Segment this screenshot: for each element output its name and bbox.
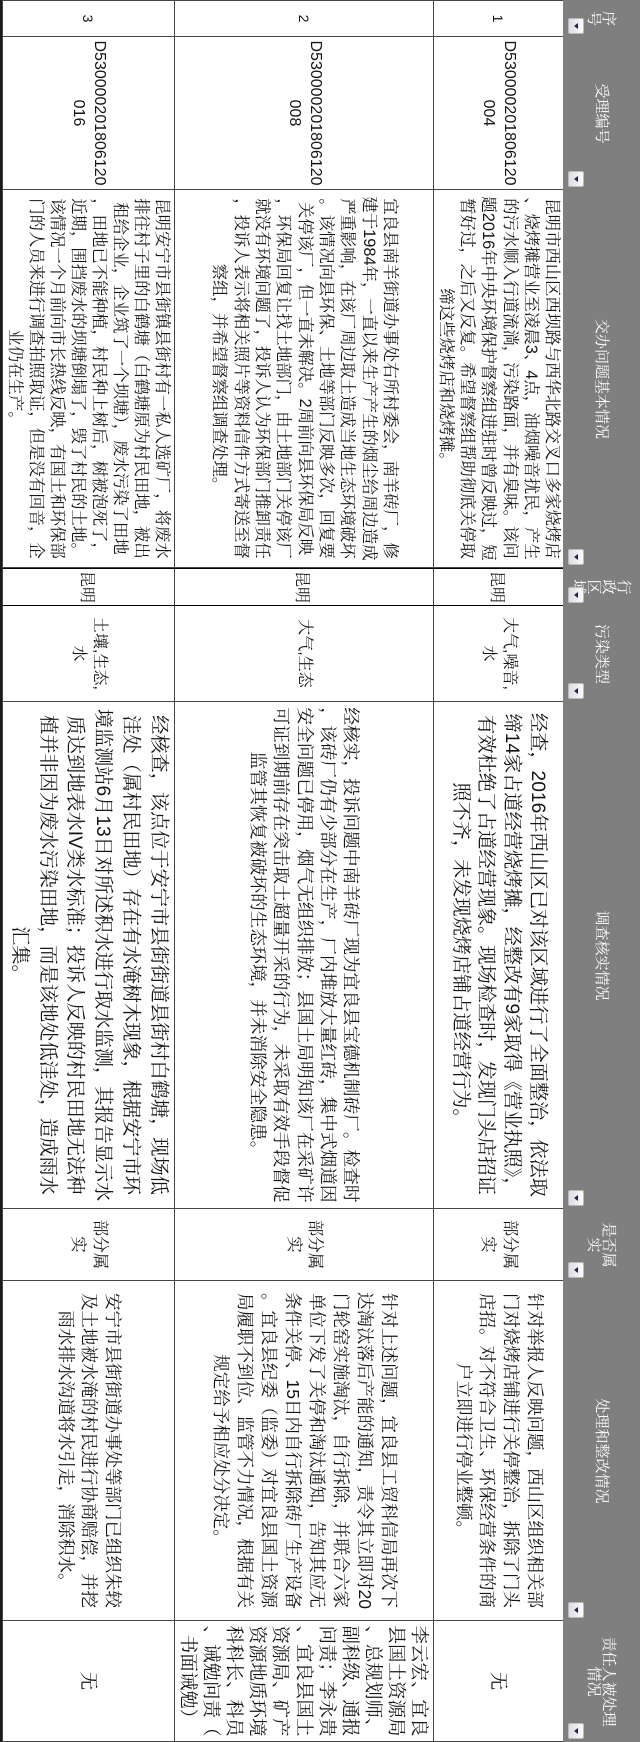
cell-text: 昆明市西山区西坝路与西华北路交叉口多家烧烤店、烧烤摊营业至凌晨3、4点，油烟噪音… [435, 195, 563, 562]
cell-text: 3 [81, 15, 97, 23]
cell-text: 经查，2016年西山区已对该区域进行了全面整治，依法取缔14家占道经营烧烤摊，经… [447, 707, 551, 1203]
cell-district[interactable]: 昆明 [433, 568, 563, 606]
dropdown-arrow-icon [574, 592, 578, 598]
column-header-label: 处理和整改情况 [594, 1398, 609, 1503]
cell-text: D530000201806120004 [478, 39, 520, 187]
cell-text: 昆明 [77, 571, 100, 603]
filter-dropdown-button[interactable] [568, 1602, 584, 1618]
filter-dropdown-button[interactable] [568, 549, 584, 565]
cell-text: 安宁市县街街道办事处等部门已组织朱较及土地被水淹的村民进行协商赔偿，并挖雨水排水… [53, 1289, 125, 1612]
cell-case-no[interactable]: D530000201806120004 [433, 37, 563, 190]
column-header-investigation[interactable]: 调查核实情况 [563, 702, 640, 1209]
filter-dropdown-button[interactable] [568, 683, 584, 699]
cell-investigation[interactable]: 经核查，该点位于安宁市县街街道县街村白鹤塘，现场低洼处（属村民田地）存在有水淹树… [2, 702, 174, 1209]
cell-text: 无 [77, 1672, 100, 1691]
column-header-label: 污染类型 [594, 624, 609, 684]
cell-text: 昆明安宁市县街镇县街村有一私人选矿厂，将废水排往村子里的白鹤塘（白鹤塘原为村民田… [5, 195, 173, 562]
dropdown-arrow-icon [574, 23, 578, 29]
column-header-label: 受理编号 [594, 83, 609, 143]
cell-text: 大气,生态 [294, 619, 315, 687]
column-header-seq[interactable]: 序号 [563, 0, 640, 37]
cell-verified[interactable]: 部分属实 [2, 1209, 174, 1281]
cell-pollution-type[interactable]: 土壤,生态,水 [2, 606, 174, 702]
cell-text: 针对举报人反映问题，西山区组织相关部门对烧烤店铺进行关停整治，拆除了门头店招。对… [451, 1289, 547, 1612]
cell-text: 部分属实 [477, 1214, 520, 1275]
cell-text: 宜良县南羊街道办事处右所村委会，南羊砖厂，修建于1984年，一直以来生产产生的烟… [208, 195, 400, 562]
cell-pollution-type[interactable]: 大气,生态 [174, 606, 433, 702]
cell-seq[interactable]: 1 [433, 0, 563, 37]
cell-text: 大气,噪音,水 [478, 610, 520, 697]
cell-text: 经核实，投诉问题中南羊砖厂现为宜良县宝德机制砖厂。检查时，该砖厂仍有少部分在生产… [246, 707, 363, 1203]
cell-text: 经核查，该点位于安宁市县街街道县街村白鹤塘，现场低洼处（属村民田地）存在有水淹树… [5, 707, 172, 1203]
cell-text: 土壤,生态,水 [68, 610, 110, 697]
filter-dropdown-button[interactable] [568, 1723, 584, 1739]
cell-text: 2 [296, 15, 312, 23]
column-header-handling[interactable]: 处理和整改情况 [563, 1281, 640, 1621]
cell-accountability[interactable]: 李云宏、宜良县国土资源局、总规划师、副科级、通报问责；李永贵、宜良县国土资源局、… [174, 1621, 433, 1742]
cell-investigation[interactable]: 经查，2016年西山区已对该区域进行了全面整治，依法取缔14家占道经营烧烤摊，经… [433, 702, 563, 1209]
cell-text: 部分属实 [67, 1214, 110, 1275]
cell-verified[interactable]: 部分属实 [174, 1209, 433, 1281]
cell-accountability[interactable]: 无 [2, 1621, 174, 1742]
filter-dropdown-button[interactable] [568, 1190, 584, 1206]
cell-district[interactable]: 昆明 [174, 568, 433, 606]
filter-dropdown-button[interactable] [568, 18, 584, 34]
cell-pollution-type[interactable]: 大气,噪音,水 [433, 606, 563, 702]
cell-case-no[interactable]: D530000201806120008 [174, 37, 433, 190]
dropdown-arrow-icon [574, 554, 578, 560]
cell-text: 李云宏、宜良县国土资源局、总规划师、副科级、通报问责；李永贵、宜良县国土资源局、… [177, 1624, 431, 1738]
column-header-pollution-type[interactable]: 污染类型 [563, 606, 640, 702]
cell-case-no[interactable]: D530000201806120016 [2, 37, 174, 190]
cell-issue[interactable]: 昆明安宁市县街镇县街村有一私人选矿厂，将废水排往村子里的白鹤塘（白鹤塘原为村民田… [2, 190, 174, 568]
cell-investigation[interactable]: 经核实，投诉问题中南羊砖厂现为宜良县宝德机制砖厂。检查时，该砖厂仍有少部分在生产… [174, 702, 433, 1209]
column-header-label: 交办问题基本情况 [594, 319, 609, 439]
column-header-issue[interactable]: 交办问题基本情况 [563, 190, 640, 568]
filter-dropdown-button[interactable] [568, 1262, 584, 1278]
cell-district[interactable]: 昆明 [2, 568, 174, 606]
column-header-district[interactable]: 行政区域 [563, 568, 640, 606]
cell-text: D530000201806120016 [68, 39, 110, 187]
dropdown-arrow-icon [574, 1195, 578, 1201]
dropdown-arrow-icon [574, 1728, 578, 1734]
cell-seq[interactable]: 2 [174, 0, 433, 37]
cell-issue[interactable]: 昆明市西山区西坝路与西华北路交叉口多家烧烤店、烧烤摊营业至凌晨3、4点，油烟噪音… [433, 190, 563, 568]
filter-dropdown-button[interactable] [568, 587, 584, 603]
cell-text: 部分属实 [283, 1214, 326, 1275]
dropdown-arrow-icon [574, 176, 578, 182]
column-header-case-no[interactable]: 受理编号 [563, 37, 640, 190]
cell-issue[interactable]: 宜良县南羊街道办事处右所村委会，南羊砖厂，修建于1984年，一直以来生产产生的烟… [174, 190, 433, 568]
cell-verified[interactable]: 部分属实 [433, 1209, 563, 1281]
column-header-label: 调查核实情况 [594, 910, 609, 1000]
spreadsheet-rotated: 序号 受理编号 交办问题基本情况 行政区域 污染类型 调查核实情况 [0, 0, 640, 1742]
cell-handling[interactable]: 安宁市县街街道办事处等部门已组织朱较及土地被水淹的村民进行协商赔偿，并挖雨水排水… [2, 1281, 174, 1621]
dropdown-arrow-icon [574, 1267, 578, 1273]
dropdown-arrow-icon [574, 1607, 578, 1613]
column-header-label: 序号 [587, 7, 617, 30]
cell-text: 针对上述问题，宜良县工贸科信局再次下达淘汰落后产能的通知，责令其立即对20门轮窑… [208, 1289, 400, 1612]
filter-dropdown-button[interactable] [568, 171, 584, 187]
column-header-verified[interactable]: 是否属实 [563, 1209, 640, 1281]
column-header-accountability[interactable]: 责任人被处理情况 [563, 1621, 640, 1742]
complaint-table: 序号 受理编号 交办问题基本情况 行政区域 污染类型 调查核实情况 [0, 0, 640, 1742]
column-header-label: 是否属实 [587, 1216, 617, 1274]
cell-seq[interactable]: 3 [2, 0, 174, 37]
cell-handling[interactable]: 针对上述问题，宜良县工贸科信局再次下达淘汰落后产能的通知，责令其立即对20门轮窑… [174, 1281, 433, 1621]
cell-text: 1 [491, 15, 507, 23]
cell-handling[interactable]: 针对举报人反映问题，西山区组织相关部门对烧烤店铺进行关停整治，拆除了门头店招。对… [433, 1281, 563, 1621]
cell-text: D530000201806120008 [283, 39, 325, 187]
column-header-label: 责任人被处理情况 [587, 1630, 617, 1733]
cell-text: 无 [487, 1672, 510, 1691]
cell-text: 昆明 [487, 571, 510, 603]
cell-accountability[interactable]: 无 [433, 1621, 563, 1742]
cell-text: 昆明 [293, 571, 316, 603]
dropdown-arrow-icon [574, 688, 578, 694]
